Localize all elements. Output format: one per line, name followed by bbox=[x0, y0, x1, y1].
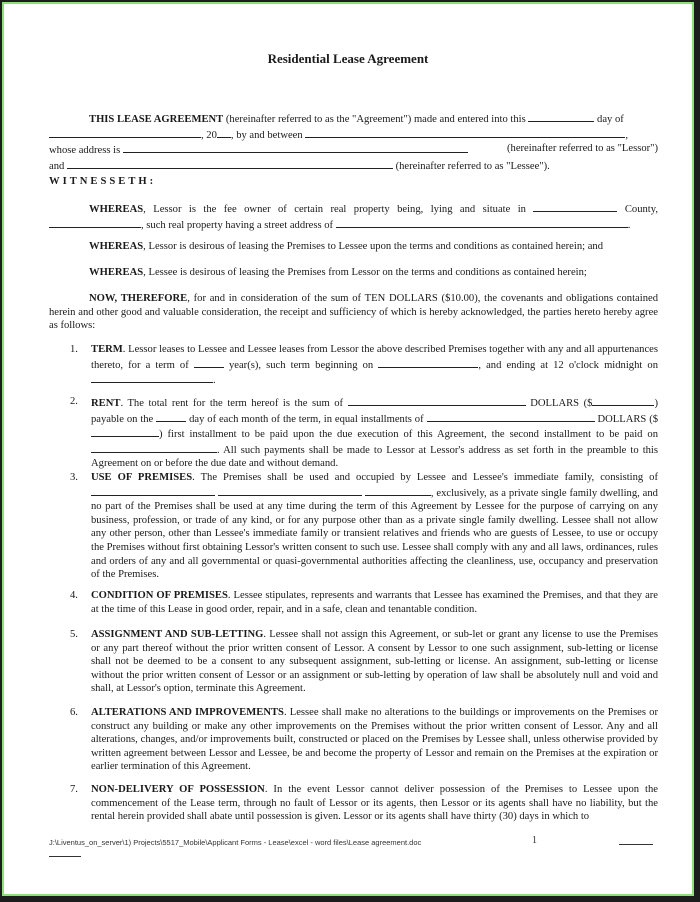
document-frame: Residential Lease Agreement THIS LEASE A… bbox=[2, 2, 694, 896]
family-member-blank-3[interactable] bbox=[365, 485, 431, 496]
initials-blank-lessor[interactable] bbox=[619, 844, 653, 845]
document-footer: J:\Liventus_on_server\1) Projects\5517_M… bbox=[49, 836, 658, 850]
preamble-lead: THIS LEASE AGREEMENT bbox=[89, 114, 223, 125]
whereas-3: WHEREAS, Lessee is desirous of leasing t… bbox=[49, 266, 658, 280]
whereas-1: WHEREAS, Lessor is the fee owner of cert… bbox=[49, 201, 658, 232]
second-installment-date-blank[interactable] bbox=[91, 442, 217, 453]
clause-condition-of-premises: 4. CONDITION OF PREMISES. Lessee stipula… bbox=[70, 589, 658, 616]
whereas-2: WHEREAS, Lessor is desirous of leasing t… bbox=[49, 240, 658, 254]
clause-assignment: 5. ASSIGNMENT AND SUB-LETTING. Lessee sh… bbox=[70, 628, 658, 696]
clause-non-delivery: 7. NON-DELIVERY OF POSSESSION. In the ev… bbox=[70, 783, 658, 824]
street-address-blank[interactable] bbox=[336, 217, 628, 228]
year-blank[interactable] bbox=[217, 127, 231, 138]
term-start-blank[interactable] bbox=[378, 357, 478, 368]
month-blank[interactable] bbox=[49, 127, 201, 138]
clause-rent: 2. RENT. The total rent for the term her… bbox=[70, 395, 658, 471]
family-member-blank-1[interactable] bbox=[91, 485, 215, 496]
family-member-blank-2[interactable] bbox=[218, 485, 362, 496]
page-number: 1 bbox=[532, 834, 537, 848]
document-title: Residential Lease Agreement bbox=[4, 52, 692, 66]
installment-amount-blank[interactable] bbox=[91, 426, 159, 437]
clause-use-of-premises: 3. USE OF PREMISES. The Premises shall b… bbox=[70, 471, 658, 582]
day-blank[interactable] bbox=[528, 111, 594, 122]
witnesseth-heading: WITNESSETH: bbox=[49, 175, 156, 189]
county-blank[interactable] bbox=[533, 201, 617, 212]
state-blank[interactable] bbox=[49, 217, 141, 228]
initials-blank-lessee[interactable] bbox=[49, 856, 81, 857]
lessor-address-blank[interactable] bbox=[123, 142, 468, 153]
lessee-name-blank[interactable] bbox=[67, 158, 393, 169]
clause-alterations: 6. ALTERATIONS AND IMPROVEMENTS. Lessee … bbox=[70, 706, 658, 774]
preamble: THIS LEASE AGREEMENT (hereinafter referr… bbox=[49, 111, 658, 173]
installment-words-blank[interactable] bbox=[427, 411, 595, 422]
document-page: Residential Lease Agreement THIS LEASE A… bbox=[4, 4, 692, 894]
lessor-name-blank[interactable] bbox=[305, 127, 625, 138]
total-rent-blank[interactable] bbox=[348, 395, 526, 406]
clause-term: 1. TERM. Lessor leases to Lessee and Les… bbox=[70, 343, 658, 388]
term-years-blank[interactable] bbox=[194, 357, 224, 368]
now-therefore: NOW, THEREFORE, for and in consideration… bbox=[49, 292, 658, 333]
file-path: J:\Liventus_on_server\1) Projects\5517_M… bbox=[49, 838, 421, 847]
term-end-blank[interactable] bbox=[91, 372, 213, 383]
payment-day-blank[interactable] bbox=[156, 411, 186, 422]
total-rent-amount-blank[interactable] bbox=[592, 395, 654, 406]
